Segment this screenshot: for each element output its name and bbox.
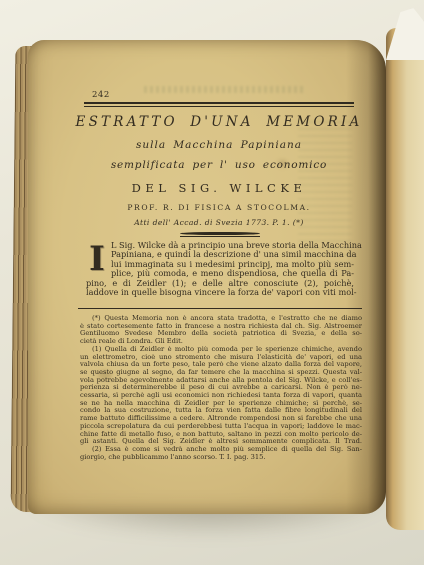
footnote-line: valvola chiusa da un forte peso, tale pe… xyxy=(80,361,362,369)
footnote-line: cietà reale di Londra. Gli Edit. xyxy=(80,338,362,346)
footnote-line: (1) Quella di Zeidler è molto più comoda… xyxy=(80,346,362,354)
footnote-line: piccola screpolatura da cui perderebbesi… xyxy=(80,423,362,431)
footnote-line: se questo giugne al segno, da far temere… xyxy=(80,369,362,377)
footnote-line: (*) Questa Memoria non è ancora stata tr… xyxy=(80,315,362,323)
body-line: laddove in quelle bisogna vincere la for… xyxy=(86,288,354,297)
footnote-line: (2) Essa è come si vedrà anche molto più… xyxy=(80,446,362,454)
affiliation-line: PROF. R. DI FISICA A STOCOLMA. xyxy=(74,203,364,212)
body-paragraph: I L Sig. Wilcke dà a principio una breve… xyxy=(86,241,354,297)
article-subtitle-2: semplificata per l' uso economico xyxy=(74,159,364,171)
footnote-rule xyxy=(78,308,362,309)
footnote-line: gli astanti. Quella del Sig. Zeidler è a… xyxy=(80,438,362,446)
footnote-line: chine fatte di metallo fuso, e non battu… xyxy=(80,431,362,439)
footnotes: (*) Questa Memoria non è ancora stata tr… xyxy=(80,315,362,461)
footnote-line: perienza si determinerebbe il peso di cu… xyxy=(80,384,362,392)
footnote-line: giorgio, che pubblicammo l'anno scorso. … xyxy=(80,454,362,462)
page-number: 242 xyxy=(92,90,110,100)
article-title: ESTRATTO D'UNA MEMORIA xyxy=(74,114,364,130)
footnote-line: rame battuto difficilissime a cedere. Al… xyxy=(80,415,362,423)
footnote-line: è stato cortesemente fatto in francese a… xyxy=(80,323,362,331)
show-through-header xyxy=(144,86,304,93)
author-line: DEL SIG. WILCKE xyxy=(74,181,364,195)
footnote-line: un elettrometro, cioè uno stromento che … xyxy=(80,354,362,362)
scanned-page: 242 ESTRATTO D'UNA MEMORIA sulla Macchin… xyxy=(28,40,386,514)
header-rule xyxy=(84,102,354,107)
footnote-line: se ne ha nella macchina di Zeidler per l… xyxy=(80,400,362,408)
footnote-line: condo la sua costruzione, tutta la forza… xyxy=(80,407,362,415)
ornamental-initial: I xyxy=(86,242,108,278)
section-divider xyxy=(180,232,260,237)
footnote-line: cessaria, sì perchè agli usi economici n… xyxy=(80,392,362,400)
article-subtitle-1: sulla Macchina Papiniana xyxy=(74,139,364,151)
book-photo: 242 ESTRATTO D'UNA MEMORIA sulla Macchin… xyxy=(0,0,424,565)
footnote-line: vola potrebbe agevolmente adattarsi anch… xyxy=(80,377,362,385)
source-citation: Atti dell' Accad. di Svezia 1773. P. 1. … xyxy=(74,218,364,227)
footnote-line: Gentiluomo Svedese Membro della società … xyxy=(80,330,362,338)
facing-page-edge xyxy=(386,28,424,530)
